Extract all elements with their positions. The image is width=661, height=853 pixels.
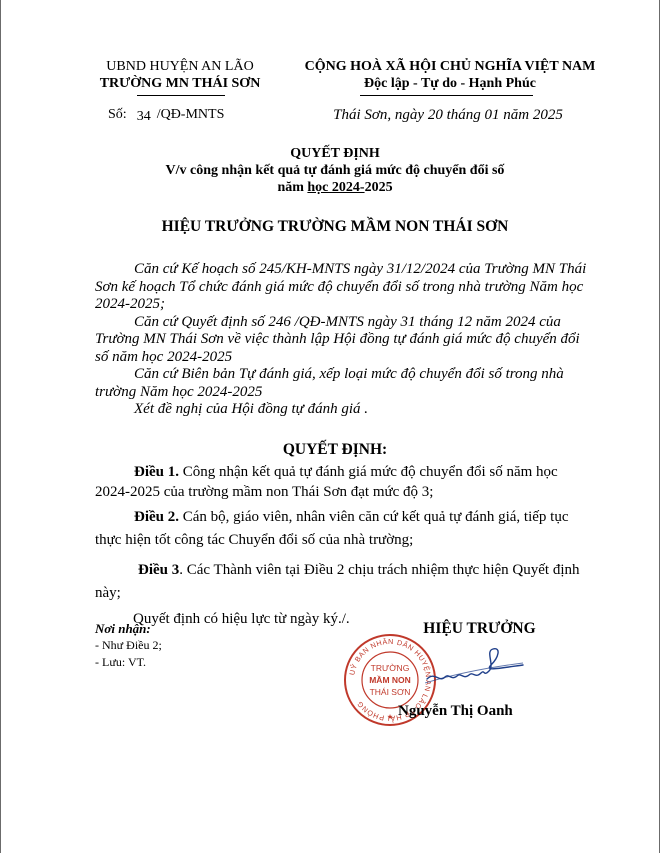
svg-text:★: ★: [387, 713, 393, 721]
subject-underlined: học 2024-: [307, 180, 364, 195]
doc-number-label: Số:: [108, 107, 127, 122]
article-1: Điều 1. Công nhận kết quả tự đánh giá mứ…: [95, 462, 595, 502]
article-label: Điều 3: [138, 562, 179, 578]
recipient-item: - Lưu: VT.: [95, 654, 162, 671]
svg-text:TRƯỜNG: TRƯỜNG: [371, 663, 410, 673]
basis-paragraph: Xét đề nghị của Hội đồng tự đánh giá .: [95, 401, 595, 419]
authority-name: UBND HUYỆN AN LÃO: [90, 58, 270, 75]
recipients: Nơi nhận: - Như Điều 2; - Lưu: VT.: [95, 620, 162, 671]
article-3: Điều 3. Các Thành viên tại Điều 2 chịu t…: [95, 559, 595, 605]
article-2: Điều 2. Cán bộ, giáo viên, nhân viên căn…: [95, 506, 595, 552]
subject-line-1: V/v công nhận kết quả tự đánh giá mức độ…: [100, 162, 570, 179]
page-edge-left: [0, 0, 1, 853]
place-date: Thái Sơn, ngày 20 tháng 01 năm 2025: [300, 107, 596, 124]
subject-line-2: năm học 2024-2025: [100, 179, 570, 196]
svg-text:THÁI SƠN: THÁI SƠN: [370, 687, 411, 697]
subject-post: 2025: [365, 180, 393, 195]
document-number: Số:34/QĐ-MNTS: [108, 107, 224, 123]
document-title: QUYẾT ĐỊNH V/v công nhận kết quả tự đánh…: [100, 145, 570, 196]
decision-heading: QUYẾT ĐỊNH:: [100, 441, 570, 459]
header-left-rule: [137, 95, 225, 96]
decision-articles: Điều 1. Công nhận kết quả tự đánh giá mứ…: [95, 462, 595, 629]
svg-text:MẦM NON: MẦM NON: [369, 675, 411, 685]
basis-paragraph: Căn cứ Kế hoạch số 245/KH-MNTS ngày 31/1…: [95, 261, 595, 314]
title-heading: QUYẾT ĐỊNH: [100, 145, 570, 162]
legal-basis: Căn cứ Kế hoạch số 245/KH-MNTS ngày 31/1…: [95, 261, 595, 419]
signature-icon: [425, 643, 525, 693]
recipient-item: - Như Điều 2;: [95, 637, 162, 654]
doc-number: 34: [137, 109, 151, 125]
recipients-heading: Nơi nhận:: [95, 620, 162, 637]
doc-code: /QĐ-MNTS: [157, 107, 225, 122]
basis-paragraph: Căn cứ Quyết định số 246 /QĐ-MNTS ngày 3…: [95, 314, 595, 367]
page-edge-right: [659, 0, 660, 853]
article-label: Điều 2.: [134, 509, 179, 525]
issuer-heading: HIỆU TRƯỞNG TRƯỜNG MẦM NON THÁI SƠN: [110, 218, 560, 236]
school-name: TRƯỜNG MN THÁI SƠN: [90, 75, 270, 92]
subject-pre: năm: [277, 180, 307, 195]
basis-paragraph: Căn cứ Biên bản Tự đánh giá, xếp loại mứ…: [95, 366, 595, 401]
national-heading: CỘNG HOÀ XÃ HỘI CHỦ NGHĨA VIỆT NAM Độc l…: [290, 58, 610, 92]
issuing-body: UBND HUYỆN AN LÃO TRƯỜNG MN THÁI SƠN: [90, 58, 270, 92]
signatory-name: Nguyễn Thị Oanh: [398, 703, 513, 720]
article-label: Điều 1.: [134, 464, 179, 480]
header-right-rule: [360, 95, 533, 96]
national-motto: Độc lập - Tự do - Hạnh Phúc: [290, 75, 610, 92]
nation-name: CỘNG HOÀ XÃ HỘI CHỦ NGHĨA VIỆT NAM: [290, 58, 610, 75]
